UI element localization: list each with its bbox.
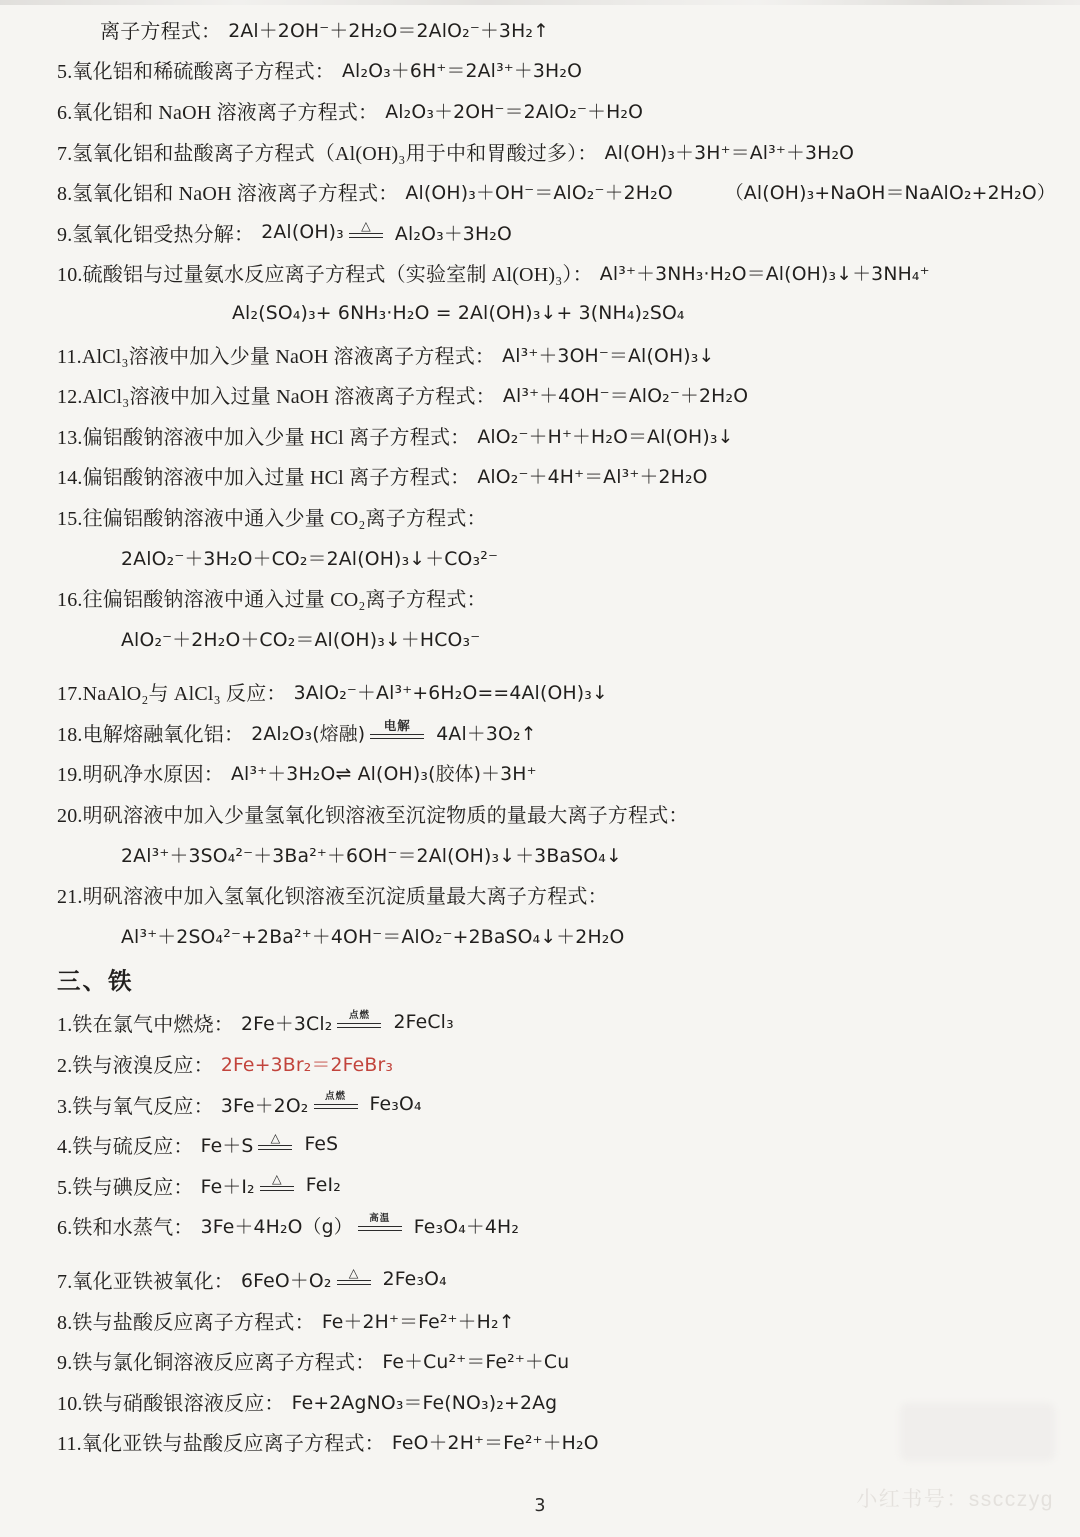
- chemical-formula: Al(OH)₃＋OH⁻＝AlO₂⁻＋2H₂O: [405, 178, 672, 205]
- line-label: 7.氢氧化铝和盐酸离子方程式（Al(OH)₃用于中和胃酸过多）：: [57, 137, 598, 166]
- reaction-condition: △: [260, 1174, 294, 1191]
- chemical-formula: FeO＋2H⁺＝Fe²⁺＋H₂O: [392, 1428, 599, 1455]
- chemical-formula: Fe＋Cu²⁺＝Fe²⁺＋Cu: [382, 1347, 569, 1374]
- chemical-formula: FeS: [304, 1134, 338, 1155]
- line-label: 9.氢氧化铝受热分解：: [57, 218, 254, 247]
- line-label: 2.铁与液溴反应：: [57, 1049, 214, 1078]
- blurred-logo-watermark: [900, 1403, 1055, 1461]
- chemical-formula: 2Al₂O₃(熔融): [251, 719, 365, 746]
- section-heading: 三、铁: [57, 956, 1052, 1003]
- condition-label: 高温: [369, 1215, 390, 1225]
- reaction-condition: 电解: [370, 720, 424, 738]
- chemical-formula: 2AlO₂⁻＋3H₂O＋CO₂＝2Al(OH)₃↓＋CO₃²⁻: [121, 544, 498, 571]
- equation-line: 19.明矾净水原因：Al³⁺＋3H₂O⇌ Al(OH)₃(胶体)＋3H⁺: [57, 753, 1052, 794]
- condition-double-line: [260, 1186, 294, 1191]
- equation-line: 5.氧化铝和稀硫酸离子方程式：Al₂O₃＋6H⁺＝2Al³⁺＋3H₂O: [57, 50, 1052, 91]
- line-label: 18.电解熔融氧化铝：: [57, 718, 244, 747]
- condition-label: △: [271, 1133, 281, 1144]
- equation-line: 6.氧化铝和 NaOH 溶液离子方程式：Al₂O₃＋2OH⁻＝2AlO₂⁻＋H₂…: [57, 90, 1052, 131]
- equation-line: 11.AlCl₃溶液中加入少量 NaOH 溶液离子方程式：Al³⁺＋3OH⁻＝A…: [57, 334, 1052, 375]
- chemical-formula: Al³⁺＋3OH⁻＝Al(OH)₃↓: [502, 341, 714, 368]
- line-label: 6.铁和水蒸气：: [57, 1211, 194, 1240]
- line-label: 4.铁与硫反应：: [57, 1130, 194, 1159]
- condition-double-line: [258, 1145, 292, 1150]
- chemical-formula: 2Al＋2OH⁻＋2H₂O＝2AlO₂⁻＋3H₂↑: [228, 16, 549, 43]
- condition-double-line: [337, 1280, 371, 1285]
- chemical-formula: 4Al＋3O₂↑: [436, 719, 536, 746]
- line-label: 5.铁与碘反应：: [57, 1171, 194, 1200]
- line-label: 8.氢氧化铝和 NaOH 溶液离子方程式：: [57, 177, 398, 206]
- scan-edge-artifact: [0, 0, 1080, 5]
- chemical-formula: 3Fe＋4H₂O（g）: [201, 1212, 353, 1239]
- line-label: 10.硫酸铝与过量氨水反应离子方程式（实验室制 Al(OH)₃）：: [57, 258, 593, 287]
- equation-line: 离子方程式：2Al＋2OH⁻＋2H₂O＝2AlO₂⁻＋3H₂↑: [57, 9, 1052, 50]
- heading-label: 三、铁: [57, 962, 134, 996]
- line-label: 20.明矾溶液中加入少量氢氧化钡溶液至沉淀物质的量最大离子方程式：: [57, 799, 689, 828]
- reaction-condition: 点燃: [314, 1093, 358, 1108]
- chemical-formula: 3Fe＋2O₂: [221, 1091, 309, 1118]
- equation-line: 8.铁与盐酸反应离子方程式：Fe＋2H⁺＝Fe²⁺＋H₂↑: [57, 1300, 1052, 1341]
- equation-line: 9.氢氧化铝受热分解：2Al(OH)₃△Al₂O₃＋3H₂O: [57, 212, 1052, 253]
- condition-label: 点燃: [325, 1093, 346, 1103]
- line-label: 14.偏铝酸钠溶液中加入过量 HCl 离子方程式：: [57, 461, 470, 490]
- equation-line: 1.铁在氯气中燃烧：2Fe＋3Cl₂点燃2FeCl₃: [57, 1003, 1052, 1044]
- reaction-condition: 高温: [358, 1215, 402, 1230]
- chemical-formula: Fe＋2H⁺＝Fe²⁺＋H₂↑: [322, 1307, 515, 1334]
- chemical-formula: 6FeO＋O₂: [241, 1266, 332, 1293]
- chemical-formula: 3AlO₂⁻＋Al³⁺+6H₂O==4Al(OH)₃↓: [294, 678, 608, 705]
- document-body: 离子方程式：2Al＋2OH⁻＋2H₂O＝2AlO₂⁻＋3H₂↑5.氧化铝和稀硫酸…: [0, 0, 1080, 1462]
- equation-line: 5.铁与碘反应：Fe＋I₂△FeI₂: [57, 1165, 1052, 1206]
- line-label: 5.氧化铝和稀硫酸离子方程式：: [57, 55, 335, 84]
- equation-line: 8.氢氧化铝和 NaOH 溶液离子方程式：Al(OH)₃＋OH⁻＝AlO₂⁻＋2…: [57, 171, 1052, 212]
- line-label: 10.铁与硝酸银溶液反应：: [57, 1387, 285, 1416]
- line-label: 1.铁在氯气中燃烧：: [57, 1008, 234, 1037]
- line-label: 7.氧化亚铁被氧化：: [57, 1265, 234, 1294]
- chemical-formula: AlO₂⁻＋2H₂O＋CO₂＝Al(OH)₃↓＋HCO₃⁻: [121, 625, 480, 652]
- chemical-formula: AlO₂⁻＋H⁺＋H₂O＝Al(OH)₃↓: [477, 422, 733, 449]
- formula-line: AlO₂⁻＋2H₂O＋CO₂＝Al(OH)₃↓＋HCO₃⁻: [57, 618, 1052, 659]
- equation-line: 9.铁与氯化铜溶液反应离子方程式：Fe＋Cu²⁺＝Fe²⁺＋Cu: [57, 1340, 1052, 1381]
- line-label: 12.AlCl₃溶液中加入过量 NaOH 溶液离子方程式：: [57, 380, 496, 409]
- chemical-formula: Al₂O₃＋6H⁺＝2Al³⁺＋3H₂O: [342, 56, 582, 83]
- reaction-condition: △: [349, 221, 383, 238]
- equation-line: 21.明矾溶液中加入氢氧化钡溶液至沉淀质量最大离子方程式：: [57, 874, 1052, 915]
- condition-double-line: [349, 233, 383, 238]
- equation-line: 14.偏铝酸钠溶液中加入过量 HCl 离子方程式：AlO₂⁻＋4H⁺＝Al³⁺＋…: [57, 456, 1052, 497]
- chemical-formula: Al(OH)₃＋3H⁺＝Al³⁺＋3H₂O: [605, 138, 855, 165]
- formula-line: 2AlO₂⁻＋3H₂O＋CO₂＝2Al(OH)₃↓＋CO₃²⁻: [57, 537, 1052, 578]
- line-label: 13.偏铝酸钠溶液中加入少量 HCl 离子方程式：: [57, 421, 470, 450]
- line-label: 9.铁与氯化铜溶液反应离子方程式：: [57, 1346, 375, 1375]
- equation-line: 12.AlCl₃溶液中加入过量 NaOH 溶液离子方程式：Al³⁺＋4OH⁻＝A…: [57, 374, 1052, 415]
- chemical-formula: Fe+2AgNO₃＝Fe(NO₃)₂+2Ag: [292, 1388, 558, 1415]
- equation-line: 3.铁与氧气反应：3Fe＋2O₂点燃Fe₃O₄: [57, 1084, 1052, 1125]
- equation-line: 2.铁与液溴反应：2Fe+3Br₂＝2FeBr₃: [57, 1043, 1052, 1084]
- line-label: 6.氧化铝和 NaOH 溶液离子方程式：: [57, 96, 378, 125]
- chemical-formula: Fe₃O₄＋4H₂: [414, 1212, 519, 1239]
- equation-line: 16.往偏铝酸钠溶液中通入过量 CO₂离子方程式：: [57, 577, 1052, 618]
- chemical-formula: Al³⁺＋4OH⁻＝AlO₂⁻＋2H₂O: [503, 381, 748, 408]
- condition-double-line: [358, 1226, 402, 1231]
- line-label: 11.氧化亚铁与盐酸反应离子方程式：: [57, 1427, 385, 1456]
- chemical-formula: Fe＋I₂: [201, 1172, 255, 1199]
- condition-double-line: [337, 1023, 381, 1028]
- condition-label: 点燃: [349, 1012, 370, 1022]
- chemical-formula: Fe₃O₄: [370, 1094, 422, 1115]
- chemical-formula: Al₂(SO₄)₃+ 6NH₃·H₂O = 2Al(OH)₃↓+ 3(NH₄)₂…: [232, 303, 685, 324]
- chemical-formula: Al³⁺＋3H₂O⇌ Al(OH)₃(胶体)＋3H⁺: [231, 759, 537, 786]
- equation-line: 17.NaAlO₂与 AlCl₃ 反应：3AlO₂⁻＋Al³⁺+6H₂O==4A…: [57, 672, 1052, 713]
- chemical-formula: 2Fe+3Br₂＝2FeBr₃: [221, 1050, 393, 1077]
- chemical-formula: FeI₂: [306, 1175, 341, 1196]
- formula-line: 2Al³⁺＋3SO₄²⁻＋3Ba²⁺＋6OH⁻＝2Al(OH)₃↓＋3BaSO₄…: [57, 834, 1052, 875]
- formula-line: Al³⁺＋2SO₄²⁻+2Ba²⁺＋4OH⁻＝AlO₂⁻+2BaSO₄↓＋2H₂…: [57, 915, 1052, 956]
- xiaohongshu-watermark: 小红书号：sscczyg: [856, 1483, 1054, 1513]
- condition-label: △: [361, 221, 371, 232]
- condition-label: △: [349, 1268, 359, 1279]
- chemical-formula: Al³⁺＋3NH₃·H₂O＝Al(OH)₃↓＋3NH₄⁺: [600, 259, 930, 286]
- condition-double-line: [370, 734, 424, 739]
- chemical-formula: Al³⁺＋2SO₄²⁻+2Ba²⁺＋4OH⁻＝AlO₂⁻+2BaSO₄↓＋2H₂…: [121, 922, 624, 949]
- equation-line: 13.偏铝酸钠溶液中加入少量 HCl 离子方程式：AlO₂⁻＋H⁺＋H₂O＝Al…: [57, 415, 1052, 456]
- line-label: 11.AlCl₃溶液中加入少量 NaOH 溶液离子方程式：: [57, 340, 495, 369]
- equation-line: 4.铁与硫反应：Fe＋S△FeS: [57, 1124, 1052, 1165]
- line-label: 17.NaAlO₂与 AlCl₃ 反应：: [57, 677, 287, 706]
- line-label: 16.往偏铝酸钠溶液中通入过量 CO₂离子方程式：: [57, 583, 487, 612]
- chemical-formula: Al₂O₃＋3H₂O: [395, 219, 512, 246]
- chemical-formula: 2Al(OH)₃: [261, 222, 344, 243]
- formula-line: Al₂(SO₄)₃+ 6NH₃·H₂O = 2Al(OH)₃↓+ 3(NH₄)₂…: [57, 293, 1052, 334]
- equation-line: 15.往偏铝酸钠溶液中通入少量 CO₂离子方程式：: [57, 496, 1052, 537]
- chemical-formula: AlO₂⁻＋4H⁺＝Al³⁺＋2H₂O: [477, 462, 707, 489]
- reaction-condition: △: [337, 1268, 371, 1285]
- equation-line: 20.明矾溶液中加入少量氢氧化钡溶液至沉淀物质的量最大离子方程式：: [57, 793, 1052, 834]
- line-label: 8.铁与盐酸反应离子方程式：: [57, 1306, 315, 1335]
- chemical-formula: Al₂O₃＋2OH⁻＝2AlO₂⁻＋H₂O: [385, 97, 643, 124]
- line-label: 19.明矾净水原因：: [57, 758, 224, 787]
- condition-double-line: [314, 1104, 358, 1109]
- line-label: 21.明矾溶液中加入氢氧化钡溶液至沉淀质量最大离子方程式：: [57, 880, 608, 909]
- line-label: 离子方程式：: [100, 15, 221, 44]
- equation-line: 7.氢氧化铝和盐酸离子方程式（Al(OH)₃用于中和胃酸过多）：Al(OH)₃＋…: [57, 131, 1052, 172]
- chemical-formula: 2Al³⁺＋3SO₄²⁻＋3Ba²⁺＋6OH⁻＝2Al(OH)₃↓＋3BaSO₄…: [121, 841, 622, 868]
- chemical-formula: 2Fe＋3Cl₂: [241, 1009, 332, 1036]
- reaction-condition: 点燃: [337, 1012, 381, 1027]
- chemical-formula: Fe＋S: [201, 1131, 254, 1158]
- line-label: 3.铁与氧气反应：: [57, 1090, 214, 1119]
- chemical-formula: 2FeCl₃: [393, 1012, 453, 1033]
- condition-label: 电解: [384, 720, 411, 733]
- chemical-formula: 2Fe₃O₄: [383, 1269, 447, 1290]
- condition-label: △: [272, 1174, 282, 1185]
- line-label: 15.往偏铝酸钠溶液中通入少量 CO₂离子方程式：: [57, 502, 487, 531]
- equation-line: 6.铁和水蒸气：3Fe＋4H₂O（g）高温Fe₃O₄＋4H₂: [57, 1206, 1052, 1247]
- reaction-condition: △: [258, 1133, 292, 1150]
- formula-note: （Al(OH)₃+NaOH＝NaAlO₂+2H₂O）: [725, 178, 1056, 205]
- equation-line: 7.氧化亚铁被氧化：6FeO＋O₂△2Fe₃O₄: [57, 1259, 1052, 1300]
- equation-line: 18.电解熔融氧化铝：2Al₂O₃(熔融)电解4Al＋3O₂↑: [57, 712, 1052, 753]
- equation-line: 10.硫酸铝与过量氨水反应离子方程式（实验室制 Al(OH)₃）：Al³⁺＋3N…: [57, 253, 1052, 294]
